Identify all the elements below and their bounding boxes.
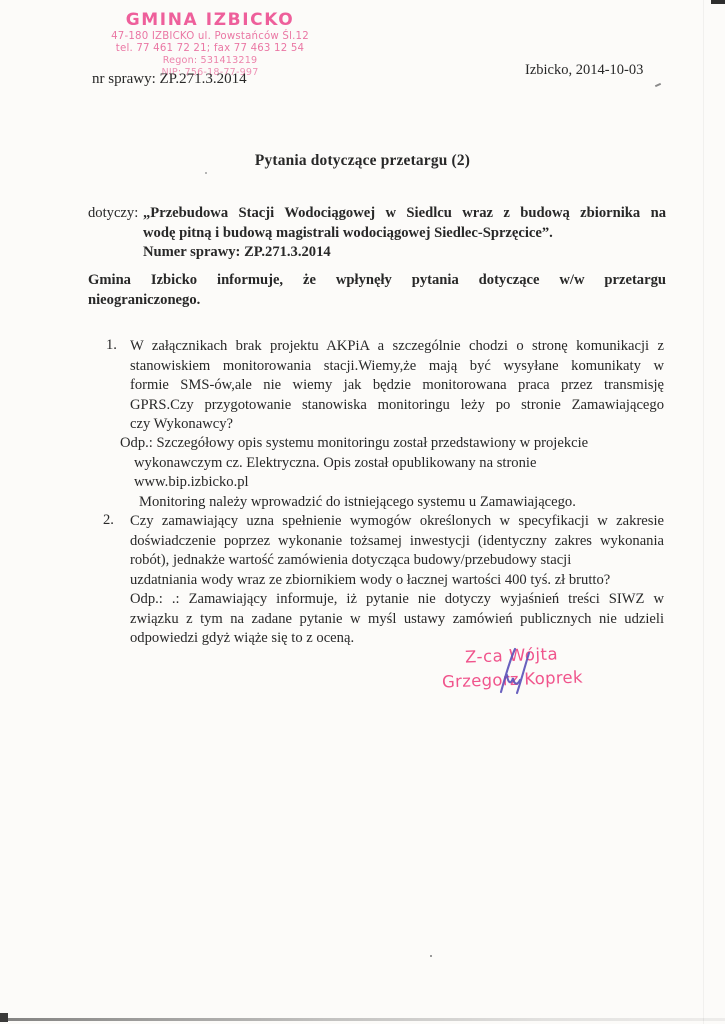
stamp-regon: Regon: 531413219	[90, 55, 330, 66]
intro-paragraph: Gmina Izbicko informuje, że wpłynęły pyt…	[88, 271, 666, 310]
scan-speck	[430, 955, 432, 957]
stamp-phone: tel. 77 461 72 21; fax 77 463 12 54	[90, 43, 330, 54]
answer-1-text: Odp.: Szczegółowy opis systemu monitorin…	[120, 434, 668, 512]
scan-edge-shadow-bottom	[0, 1018, 725, 1021]
sender-stamp: GMINA IZBICKO 47-180 IZBICKO ul. Powstań…	[90, 10, 330, 78]
document-title: Pytania dotyczące przetargu (2)	[0, 152, 725, 170]
answer-2-text: Odp.: .: Zamawiający informuje, iż pytan…	[130, 590, 664, 649]
subject-label: dotyczy:	[88, 204, 138, 224]
question-1-number: 1.	[106, 337, 117, 354]
scan-artifact-mark	[655, 83, 661, 87]
scan-edge-line-right	[703, 0, 704, 1024]
case-number: nr sprawy: ZP.271.3.2014	[92, 71, 247, 88]
scan-corner-mark-top-right	[711, 0, 725, 4]
question-1-text: W załącznikach brak projektu AKPiA a szc…	[130, 337, 664, 435]
handwritten-signature-icon	[494, 646, 536, 698]
place-and-date: Izbicko, 2014-10-03	[525, 62, 643, 79]
question-2-number: 2.	[103, 512, 114, 529]
subject-quote-rest: wodę pitną i budową magistrali wodociągo…	[143, 224, 666, 263]
scanned-letter-page: GMINA IZBICKO 47-180 IZBICKO ul. Powstań…	[0, 0, 725, 1024]
question-2-text-justified: Czy zamawiający uzna spełnienie wymogów …	[130, 512, 664, 551]
scan-speck	[205, 172, 207, 174]
subject-quote-line-justified: „Przebudowa Stacji Wodociągowej w Siedlc…	[143, 204, 666, 224]
stamp-org-name: GMINA IZBICKO	[90, 10, 330, 30]
subject-quote: „Przebudowa Stacji Wodociągowej w Siedlc…	[143, 204, 666, 263]
stamp-address: 47-180 IZBICKO ul. Powstańców Śl.12	[90, 31, 330, 42]
scan-corner-mark-bottom-left	[0, 1013, 8, 1022]
question-2-text-plain: robót), jednakże wartość zamówienia doty…	[130, 551, 664, 590]
subject-block: dotyczy: „Przebudowa Stacji Wodociągowej…	[88, 204, 666, 263]
